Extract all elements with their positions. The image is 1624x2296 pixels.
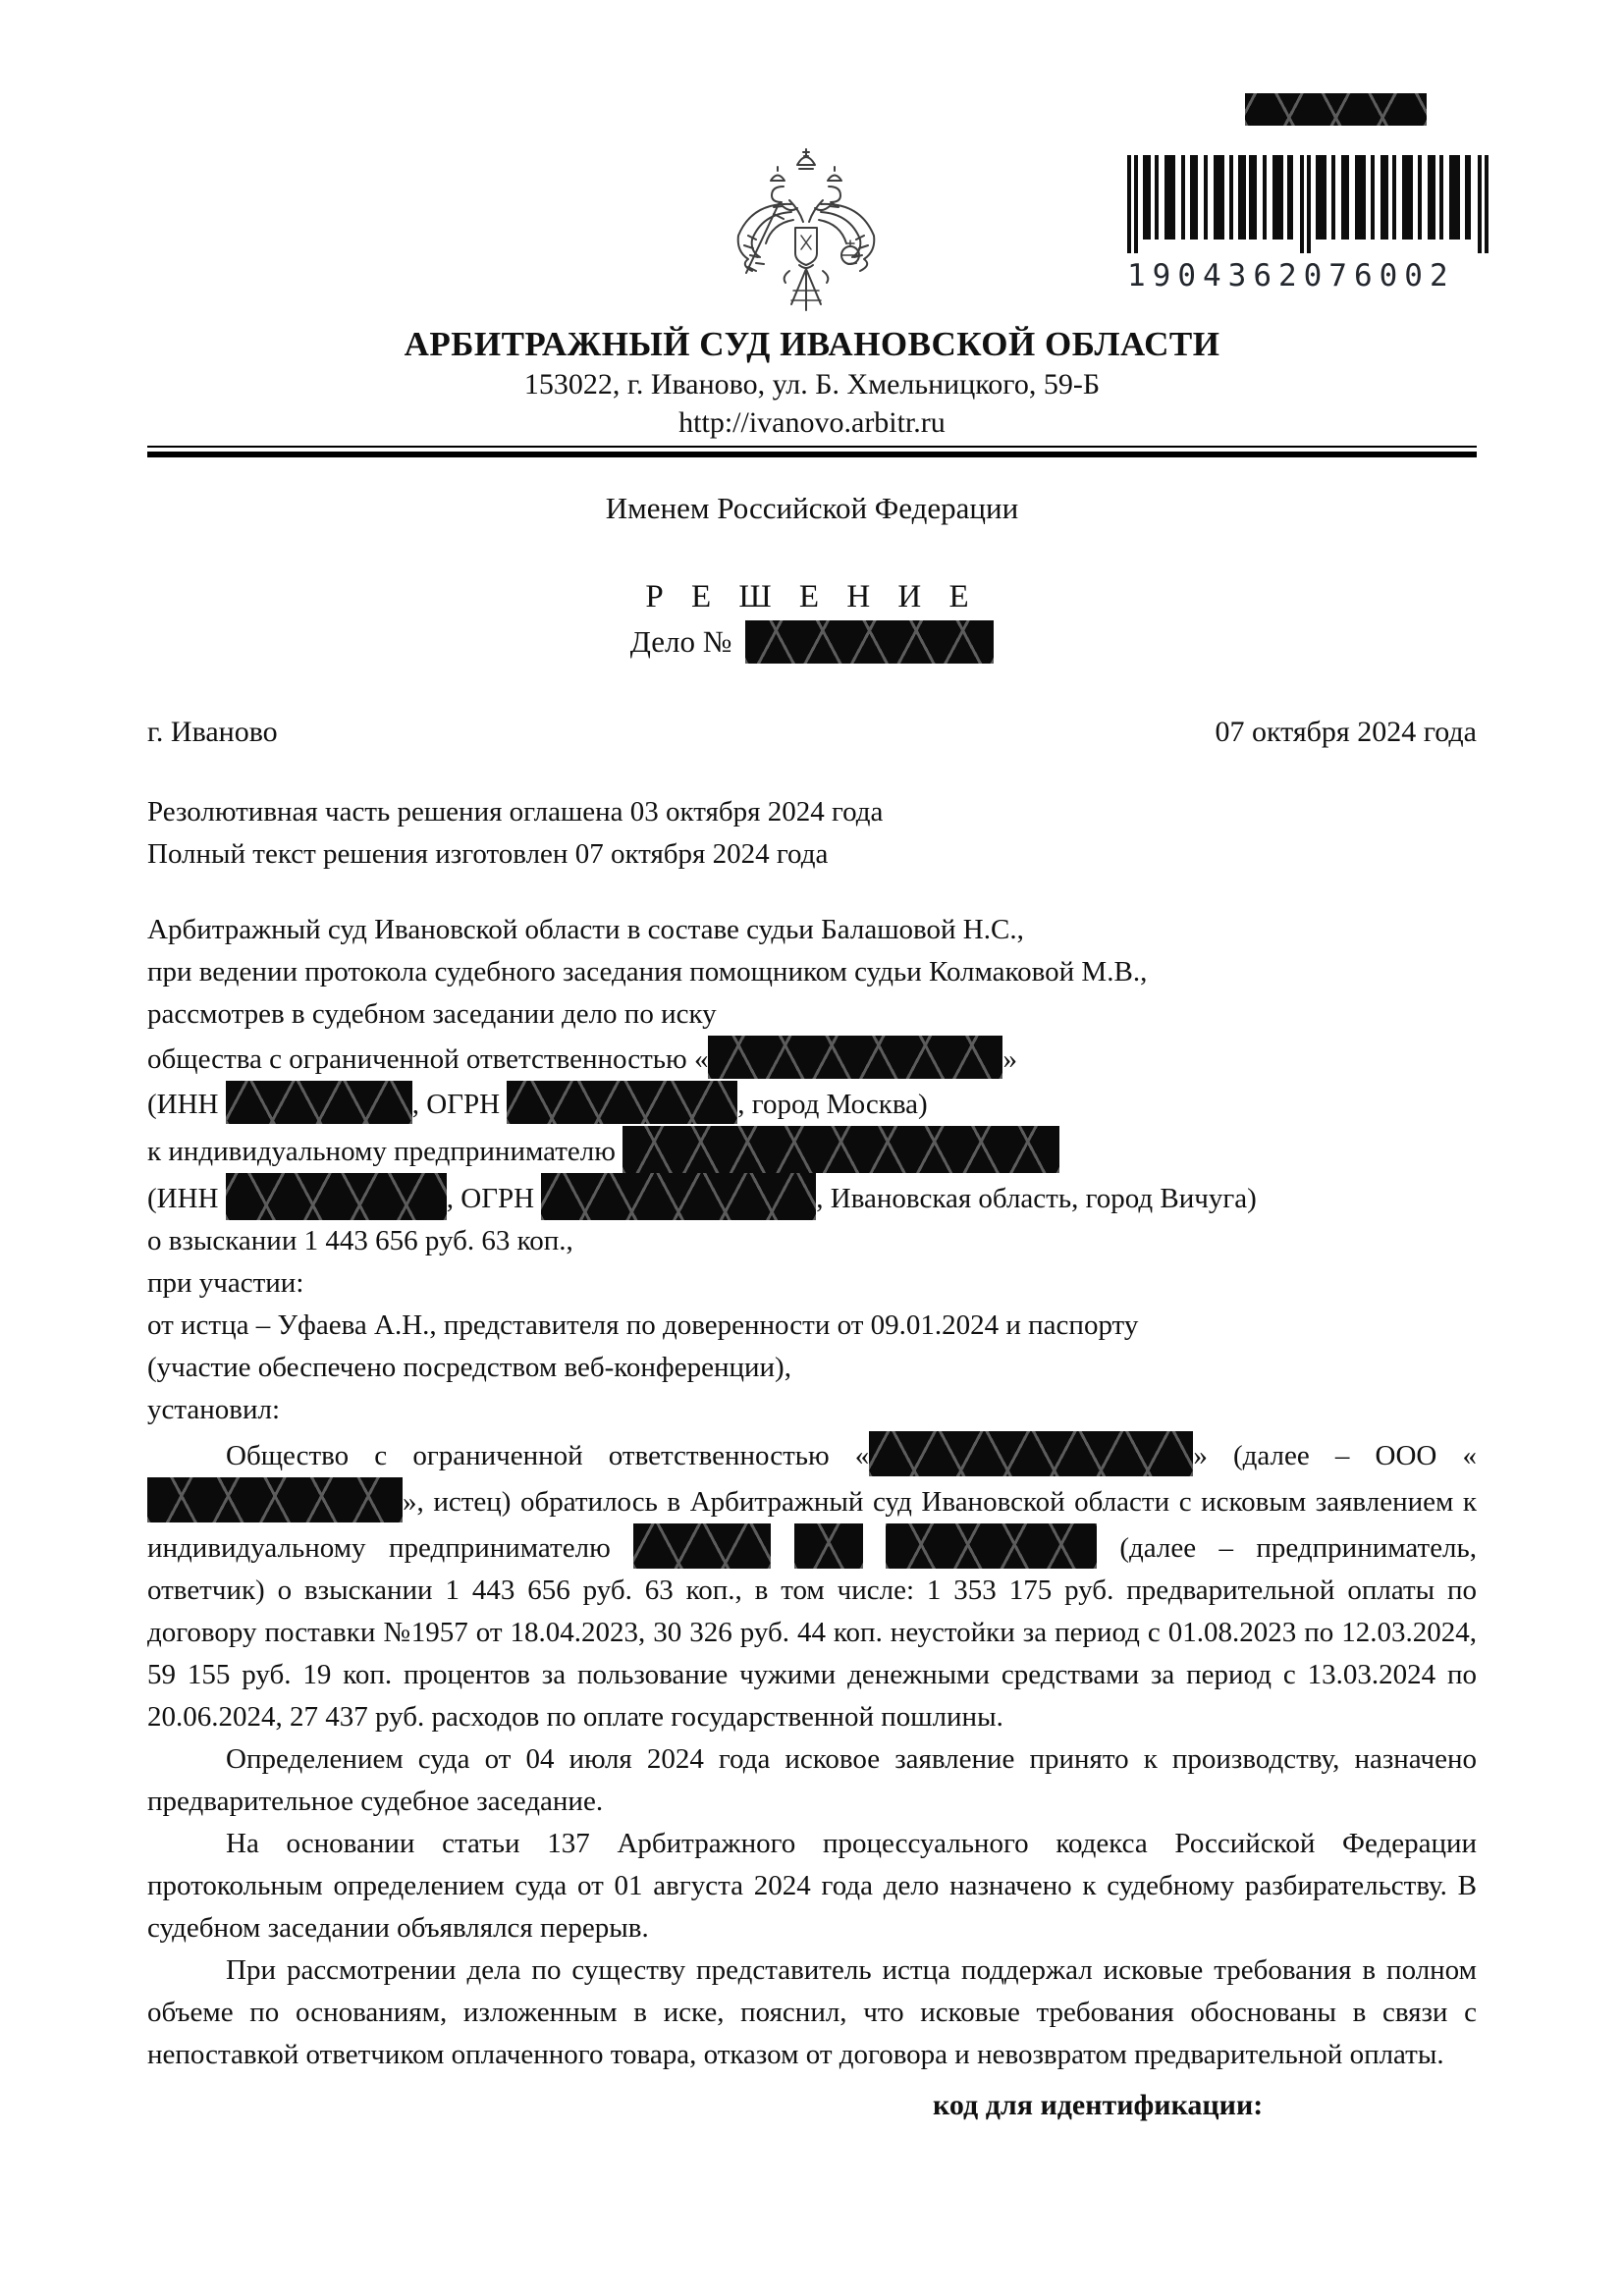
resolution-announced-line: Резолютивная часть решения оглашена 03 о…	[147, 791, 1477, 833]
city-date-row: г. Иваново 07 октября 2024 года	[147, 711, 1477, 754]
full-text-made-line: Полный текст решения изготовлен 07 октяб…	[147, 833, 1477, 876]
intro-line-hearing: рассмотрев в судебном заседании дело по …	[147, 993, 1477, 1036]
header-rule	[147, 446, 1477, 457]
intro-line-plaintiff-rep: от истца – Уфаева А.Н., представителя по…	[147, 1305, 1477, 1347]
body-paragraph-acceptance: Определением суда от 04 июля 2024 года и…	[147, 1738, 1477, 1823]
redaction-box	[147, 1477, 403, 1522]
intro-line-participants: при участии:	[147, 1262, 1477, 1305]
intro-line-secretary: при ведении протокола судебного заседани…	[147, 951, 1477, 993]
redaction-box	[708, 1036, 1002, 1079]
intro-line-claim-amount: о взыскании 1 443 656 руб. 63 коп.,	[147, 1220, 1477, 1262]
redaction-box	[869, 1431, 1193, 1476]
redaction-box	[794, 1523, 863, 1569]
redaction-box	[633, 1523, 771, 1569]
decision-date: 07 октября 2024 года	[1215, 711, 1477, 754]
court-name: АРБИТРАЖНЫЙ СУД ИВАНОВСКОЙ ОБЛАСТИ	[147, 324, 1477, 365]
intro-line-established: установил:	[147, 1389, 1477, 1431]
intro-line-defendant-ids: (ИНН , ОГРН , Ивановская область, город …	[147, 1173, 1477, 1220]
case-intro: Арбитражный суд Ивановской области в сос…	[147, 909, 1477, 1431]
court-address: 153022, г. Иваново, ул. Б. Хмельницкого,…	[147, 365, 1477, 404]
city-label: г. Иваново	[147, 711, 278, 754]
intro-line-defendant: к индивидуальному предпринимателю	[147, 1126, 1477, 1173]
body-paragraph-claim: Общество с ограниченной ответственностью…	[147, 1431, 1477, 1738]
redaction-box	[226, 1081, 412, 1124]
court-decision-page: 1904362076002	[0, 0, 1624, 2296]
redaction-box	[886, 1523, 1097, 1569]
court-website: http://ivanovo.arbitr.ru	[147, 404, 1477, 442]
id-code-label: код для идентификации:	[147, 2084, 1477, 2126]
case-number-label: Дело №	[630, 620, 732, 664]
resolution-lines: Резолютивная часть решения оглашена 03 о…	[147, 791, 1477, 876]
body-paragraph-article137: На основании статьи 137 Арбитражного про…	[147, 1823, 1477, 1949]
redaction-box	[226, 1173, 447, 1220]
court-header: АРБИТРАЖНЫЙ СУД ИВАНОВСКОЙ ОБЛАСТИ 15302…	[147, 0, 1477, 457]
intro-line-plaintiff-ids: (ИНН , ОГРН , город Москва)	[147, 1081, 1477, 1126]
case-number-redaction	[745, 620, 994, 664]
case-number-line: Дело №	[147, 620, 1477, 664]
intro-line-webconference: (участие обеспечено посредством веб-конф…	[147, 1347, 1477, 1389]
in-the-name-line: Именем Российской Федерации	[147, 491, 1477, 526]
redaction-box	[623, 1126, 1059, 1173]
redaction-box	[507, 1081, 737, 1124]
decision-title: Р Е Ш Е Н И Е	[147, 577, 1477, 616]
intro-line-plaintiff: общества с ограниченной ответственностью…	[147, 1036, 1477, 1081]
redaction-box	[541, 1173, 816, 1220]
body-paragraph-hearing-position: При рассмотрении дела по существу предст…	[147, 1949, 1477, 2076]
intro-line-judge: Арбитражный суд Ивановской области в сос…	[147, 909, 1477, 951]
